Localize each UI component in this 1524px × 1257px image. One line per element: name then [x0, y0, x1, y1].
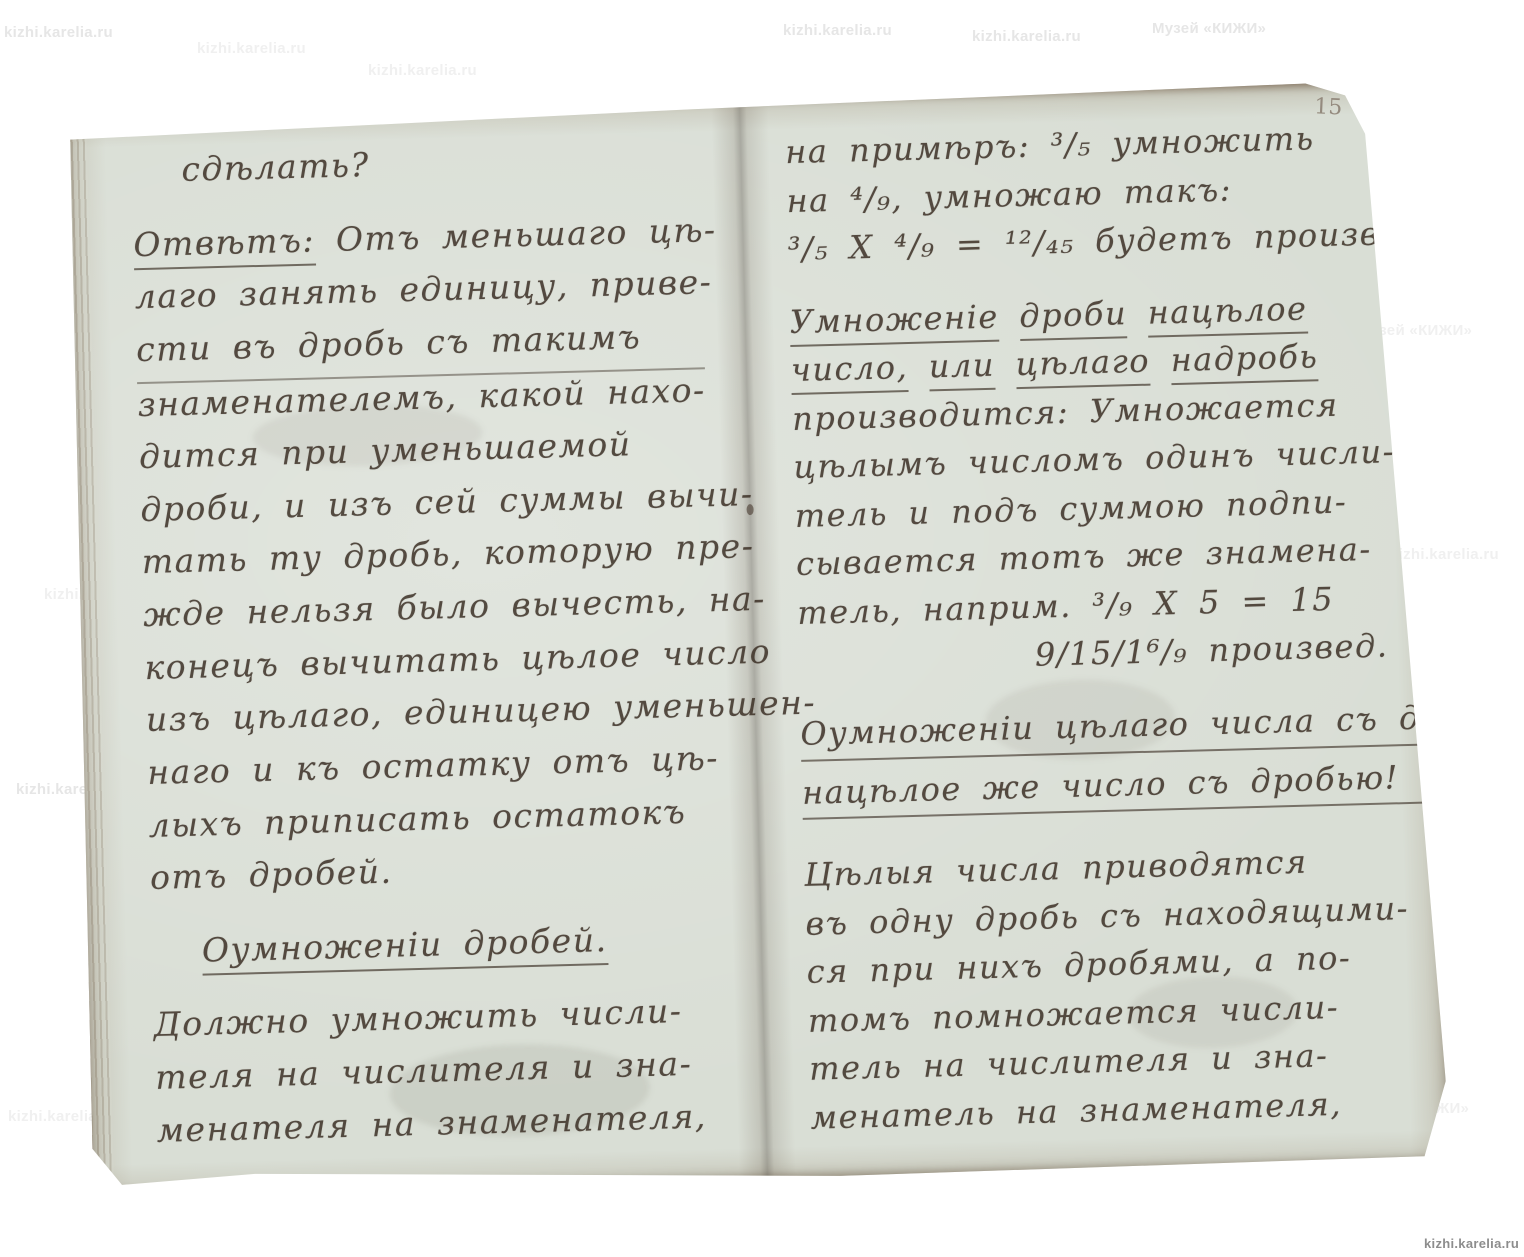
handwriting-line: менателя на знаменателя,	[156, 1098, 707, 1148]
underlined-word: нацѣлое	[1147, 289, 1308, 337]
handwriting-line: въ одну дробь съ находящими-	[805, 891, 1409, 941]
handwriting-line: тать ту дробь, которую пре-	[141, 528, 754, 580]
watermark-text: kizhi.karelia.ru	[368, 62, 477, 79]
handwriting-line: ся при нихъ дробями, а по-	[806, 941, 1351, 990]
handwriting-line: лаго занять единицу, приве-	[134, 264, 712, 315]
watermark-text: kizhi.karelia.ru	[972, 28, 1081, 45]
underlined-word: или	[928, 346, 995, 392]
underlined-word: Умноженіе	[789, 297, 999, 346]
handwriting-line: наго и къ остатку отъ цѣ-	[147, 740, 720, 791]
notebook-spread: 15 сдѣлать?Отвѣтъ: Отъ меньшаго цѣ-лаго …	[64, 80, 1452, 1197]
handwriting-line: жде нельзя было вычесть, на-	[143, 581, 767, 633]
handwriting-line: знаменателемъ, какой нахо-	[137, 367, 706, 422]
right-page-text: на примѣръ: ³/₅ умножитьна ⁴/₉, умножаю …	[784, 105, 1430, 1135]
manuscript-photo: kizhi.karelia.rukizhi.karelia.rukizhi.ka…	[0, 0, 1524, 1257]
handwriting-line: менатель на знаменателя,	[810, 1087, 1342, 1135]
underlined-word: Отвѣтъ:	[133, 220, 316, 270]
handwriting-line: тель и подъ суммою подпи-	[794, 484, 1347, 533]
handwriting-line: сдѣлать?	[131, 147, 370, 189]
underlined-heading: Оумноженіи дробей.	[201, 920, 608, 976]
underlined-word: число,	[790, 348, 908, 395]
handwriting-line: Оумноженіи цѣлаго числа съ дробью	[800, 701, 1421, 762]
handwriting-line: на примѣръ: ³/₅ умножить	[785, 121, 1315, 169]
handwriting-line: производится: Умножается	[792, 387, 1339, 436]
handwriting-line: сывается тотъ же знамена-	[796, 532, 1372, 582]
handwriting-line: Должно умножить числи-	[153, 993, 682, 1042]
handwriting-line: Оумноженіи дробей.	[152, 922, 608, 970]
handwriting-line: нацѣлое же число съ дробью!	[802, 759, 1423, 820]
underlined-word: цѣлаго	[1015, 342, 1151, 390]
watermark-text: kizhi.karelia.ru	[1424, 1236, 1519, 1251]
handwriting-line: лыхъ приписать остатокъ	[148, 793, 686, 843]
handwriting-line: на ⁴/₉, умножаю такъ:	[786, 172, 1232, 218]
underlined-word: надробь	[1170, 337, 1319, 385]
handwriting-line: сти въ дробь съ такимъ	[136, 319, 642, 368]
watermark-text: Музей «КИЖИ»	[1152, 20, 1266, 37]
handwriting-line: Отвѣтъ: Отъ меньшаго цѣ-	[133, 212, 717, 263]
handwriting-line: тель, наприм. ³/₉ Х 5 = 15	[797, 582, 1335, 631]
handwriting-line: отъ дробей.	[150, 854, 393, 896]
handwriting-line: дроби, и изъ сей суммы вычи-	[140, 476, 754, 528]
handwriting-line: конецъ вычитать цѣлое число	[144, 633, 771, 685]
handwriting-line: Умноженіе дроби нацѣлое	[789, 291, 1308, 339]
handwriting-line: цѣлымъ числомъ одинъ числи-	[793, 435, 1395, 485]
handwriting-line: 9/15/1⁶/₉ произвед.	[1035, 628, 1419, 673]
handwriting-line: Цѣлыя числа приводятся	[804, 845, 1308, 893]
handwriting-line: томъ помножается числи-	[808, 990, 1340, 1038]
watermark-text: kizhi.karelia.ru	[197, 40, 306, 57]
handwriting-line: изъ цѣлаго, единицею уменьшен-	[145, 685, 816, 738]
watermark-text: kizhi.karelia.ru	[1390, 546, 1499, 563]
handwriting-line: дится при уменьшаемой	[139, 426, 632, 475]
underlined-word: дроби	[1019, 294, 1128, 341]
handwriting-line: тель на числителя и зна-	[809, 1039, 1329, 1087]
left-page-text: сдѣлать?Отвѣтъ: Отъ меньшаго цѣ-лаго зан…	[131, 120, 771, 1148]
handwriting-line: число, или цѣлаго надробь	[791, 339, 1319, 387]
watermark-text: kizhi.karelia.ru	[783, 22, 892, 39]
handwriting-line: теля на числителя и зна-	[155, 1046, 693, 1096]
watermark-text: kizhi.karelia.ru	[4, 24, 113, 41]
